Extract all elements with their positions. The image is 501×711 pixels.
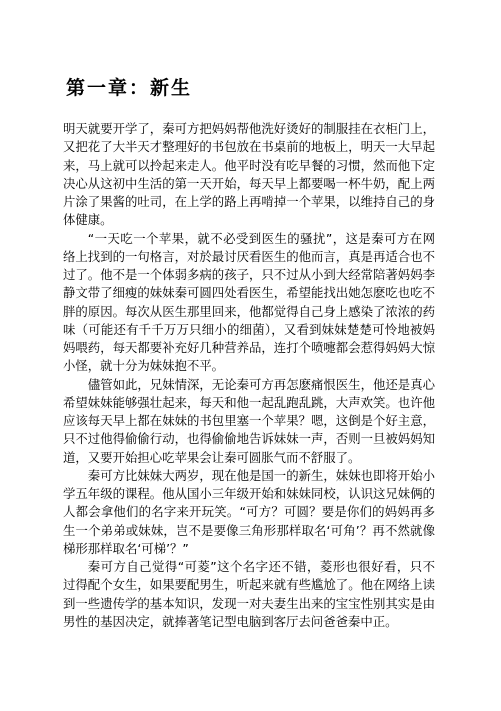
paragraph: 秦可方比妹妹大两岁，现在他是国一的新生，妹妹也即将开始小学五年级的课程。他从国小… <box>63 467 435 558</box>
document-page: 第一章：新生 明天就要开学了，秦可方把妈妈帮他洗好烫好的制服挂在衣柜门上，又把花… <box>0 0 501 711</box>
paragraph: 明天就要开学了，秦可方把妈妈帮他洗好烫好的制服挂在衣柜门上，又把花了大半天才整理… <box>63 120 435 230</box>
chapter-title: 第一章：新生 <box>66 75 192 101</box>
paragraph-container: 明天就要开学了，秦可方把妈妈帮他洗好烫好的制服挂在衣柜门上，又把花了大半天才整理… <box>63 120 435 631</box>
paragraph: 秦可方自己觉得“可菱”这个名字还不错，菱形也很好看，只不过得配个女生，如果要配男… <box>63 558 435 631</box>
paragraph: 儘管如此，兄妹情深，无论秦可方再怎麽痛恨医生，他还是真心希望妹妹能够强壮起来，每… <box>63 376 435 467</box>
paragraph: “一天吃一个苹果，就不必受到医生的骚扰”，这是秦可方在网络上找到的一句格言，对於… <box>63 230 435 376</box>
